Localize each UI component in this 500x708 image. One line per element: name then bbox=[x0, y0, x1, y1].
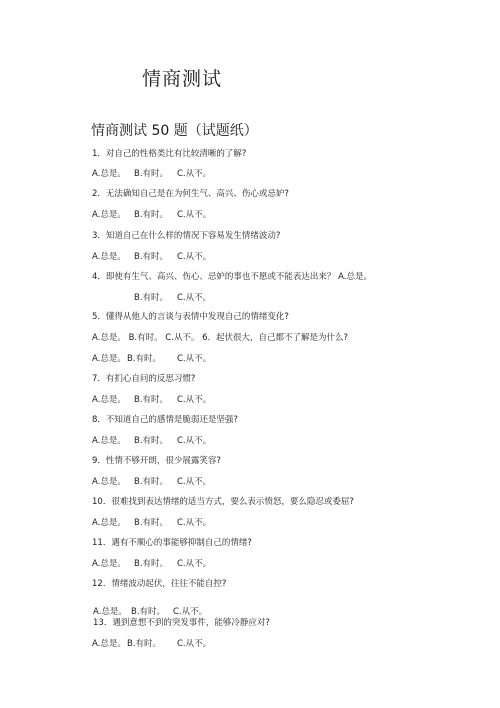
option-b: B.有时。 bbox=[134, 291, 168, 303]
option-a: A.总是。 bbox=[92, 557, 126, 569]
question-text: A.总是。 B.有时。 C.从不。 6．起伏很大，自己都不了解是为什么? bbox=[92, 331, 348, 343]
option-c: C.从不。 bbox=[177, 250, 211, 262]
option-b: B.有时。 bbox=[127, 352, 161, 364]
question-text: 8．不知道自己的感情是脆弱还是坚强? bbox=[92, 413, 238, 425]
option-c: C.从不。 bbox=[177, 475, 211, 487]
option-b: B.有时。 bbox=[134, 434, 168, 446]
question-text: 12．情绪波动起伏，往往不能自控? bbox=[92, 577, 226, 589]
option-b: B.有时。 bbox=[134, 393, 168, 405]
option-b: B.有时。 bbox=[134, 516, 168, 528]
option-a: A.总是。 bbox=[92, 250, 126, 262]
option-a: A.总是。 bbox=[92, 352, 126, 364]
option-a: A.总是。 bbox=[92, 434, 126, 446]
option-c: C.从不。 bbox=[177, 167, 211, 179]
option-c: C.从不。 bbox=[177, 352, 211, 364]
option-c: C.从不。 bbox=[177, 637, 211, 649]
question-text: 1．对自己的性格类比有比较清晰的了解? bbox=[92, 147, 246, 159]
option-b: B.有时。 bbox=[134, 475, 168, 487]
question-text: 9．性情不够开朗，很少展露笑容? bbox=[92, 454, 221, 466]
option-b: B.有时。 bbox=[127, 637, 161, 649]
question-text: 5．懂得从他人的言谈与表情中发现自己的情绪变化? bbox=[92, 310, 289, 322]
option-b: B.有时。 bbox=[134, 167, 168, 179]
option-b: B.有时。 bbox=[134, 208, 168, 220]
option-c: C.从不。 bbox=[177, 291, 211, 303]
question-text: 13．遇到意想不到的突发事件，能够冷静应对? bbox=[93, 616, 270, 628]
section-title: 情商测试 50 题（试题纸） bbox=[91, 120, 258, 140]
option-a: A.总是。 bbox=[92, 208, 126, 220]
question-text: 11．遇有不顺心的事能够抑制自己的情绪? bbox=[92, 536, 252, 548]
page-title: 情商测试 bbox=[142, 64, 222, 91]
option-b: B.有时。 bbox=[134, 557, 168, 569]
option-c: C.从不。 bbox=[177, 208, 211, 220]
option-a: A.总是。 bbox=[92, 167, 126, 179]
option-a: A.总是。 bbox=[92, 475, 126, 487]
option-c: C.从不。 bbox=[177, 393, 211, 405]
option-c: C.从不。 bbox=[177, 434, 211, 446]
question-text: 4．即使有生气、高兴、伤心、忌妒的事也不愿或不能表达出来？ A.总是。 bbox=[92, 270, 372, 282]
option-c: C.从不。 bbox=[177, 557, 211, 569]
question-text: 2．无法确知自己是在为何生气、高兴、伤心或忌妒? bbox=[92, 187, 289, 199]
option-a: A.总是。 bbox=[92, 393, 126, 405]
question-text: 3．知道自己在什么样的情况下容易发生情绪波动? bbox=[92, 229, 280, 241]
question-text: 7．有扪心自问的反思习惯? bbox=[92, 372, 195, 384]
option-c: C.从不。 bbox=[177, 516, 211, 528]
option-b: B.有时。 bbox=[134, 250, 168, 262]
question-text: 10．很难找到表达情绪的适当方式，要么表示愤怒，要么隐忍或委屈? bbox=[92, 495, 354, 507]
option-a: A.总是。 bbox=[92, 637, 126, 649]
option-a: A.总是。 bbox=[92, 516, 126, 528]
